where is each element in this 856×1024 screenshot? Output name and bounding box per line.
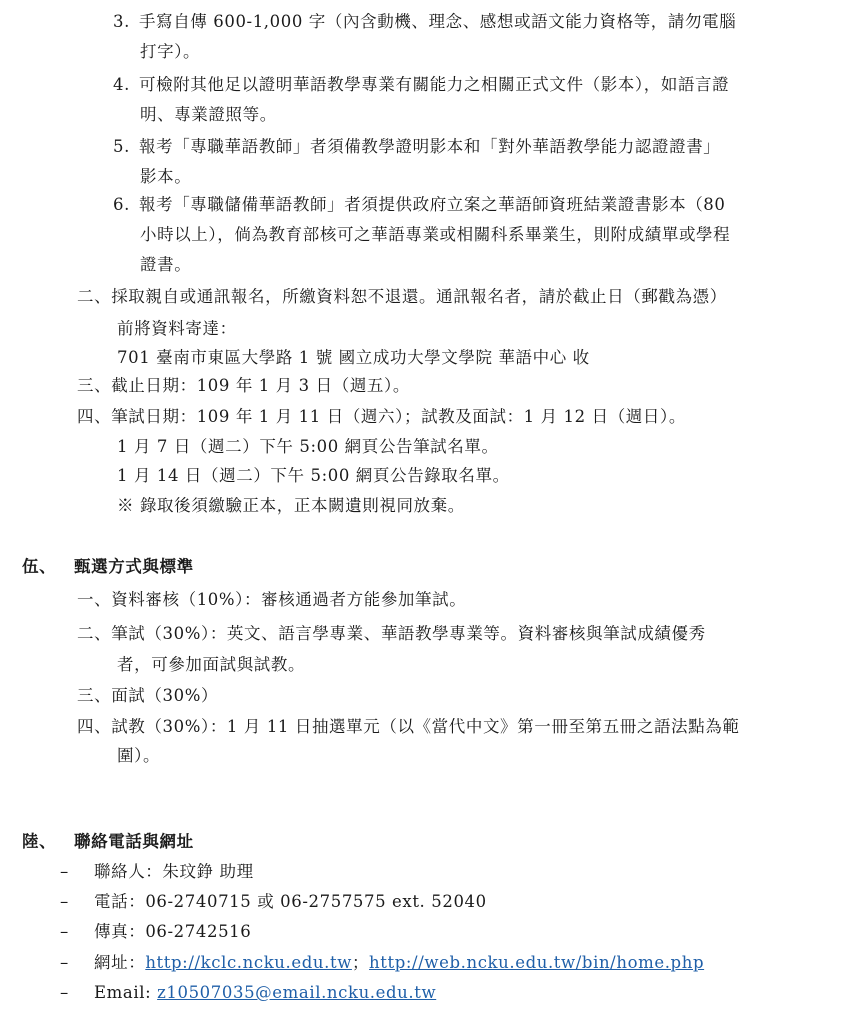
dash-bullet: – <box>60 983 94 1003</box>
item-5-line-1: 5.報考「專職華語教師」者須備教學證明影本和「對外華語教學能力認證證書」 <box>113 137 720 157</box>
contact-fax: –傳真：06-2742516 <box>60 922 251 942</box>
item-4-line-1: 4.可檢附其他足以證明華語教學專業有關能力之相關正式文件（影本），如語言證 <box>113 75 729 95</box>
email-link[interactable]: z10507035@email.ncku.edu.tw <box>157 983 436 1002</box>
written-exam-announcement: 1 月 7 日（週二）下午 5:00 網頁公告筆試名單。 <box>117 437 499 457</box>
item-number: 4. <box>113 75 139 95</box>
website-link-ncku[interactable]: http://web.ncku.edu.tw/bin/home.php <box>369 953 704 972</box>
dash-bullet: – <box>60 953 94 973</box>
admission-announcement: 1 月 14 日（週二）下午 5:00 網頁公告錄取名單。 <box>117 466 510 486</box>
dash-bullet: – <box>60 892 94 912</box>
reg-item-2-line-1: 二、採取親自或通訊報名，所繳資料恕不退還。通訊報名者，請於截止日（郵戳為憑） <box>77 287 727 307</box>
contact-email: –Email: z10507035@email.ncku.edu.tw <box>60 983 436 1003</box>
item-number: 6. <box>113 195 139 215</box>
mailing-address: 701 臺南市東區大學路 1 號 國立成功大學文學院 華語中心 收 <box>117 348 590 368</box>
contact-person: –聯絡人：朱玟錚 助理 <box>60 862 254 882</box>
exam-date: 四、筆試日期：109 年 1 月 11 日（週六）；試教及面試：1 月 12 日… <box>77 407 686 427</box>
criteria-item-1: 一、資料審核（10%）：審核通過者方能參加筆試。 <box>77 590 466 610</box>
reg-item-2-line-2: 前將資料寄達： <box>117 319 237 339</box>
dash-bullet: – <box>60 862 94 882</box>
dash-bullet: – <box>60 922 94 942</box>
item-number: 5. <box>113 137 139 157</box>
contact-website: –網址：http://kclc.ncku.edu.tw；http://web.n… <box>60 953 704 973</box>
criteria-item-4-line-2: 圍）。 <box>117 746 160 766</box>
deadline: 三、截止日期：109 年 1 月 3 日（週五）。 <box>77 376 410 396</box>
section-5-heading: 伍、甄選方式與標準 <box>22 557 194 577</box>
website-link-kclc[interactable]: http://kclc.ncku.edu.tw <box>145 953 352 972</box>
item-4-line-2: 明、專業證照等。 <box>140 105 277 125</box>
criteria-item-2-line-2: 者，可參加面試與試教。 <box>117 655 305 675</box>
criteria-item-4-line-1: 四、試教（30%）：1 月 11 日抽選單元（以《當代中文》第一冊至第五冊之語法… <box>77 717 739 737</box>
criteria-item-2-line-1: 二、筆試（30%）：英文、語言學專業、華語教學專業等。資料審核與筆試成績優秀 <box>77 624 706 644</box>
section-6-heading: 陸、聯絡電話與網址 <box>22 832 194 852</box>
item-6-line-2: 小時以上），倘為教育部核可之華語專業或相關科系畢業生，則附成績單或學程 <box>140 225 730 245</box>
admission-note: ※ 錄取後須繳驗正本，正本闕遺則視同放棄。 <box>117 496 465 516</box>
item-6-line-1: 6.報考「專職儲備華語教師」者須提供政府立案之華語師資班結業證書影本（80 <box>113 195 726 215</box>
item-3-line-2: 打字）。 <box>140 42 200 62</box>
item-5-line-2: 影本。 <box>140 167 191 187</box>
item-6-line-3: 證書。 <box>140 255 191 275</box>
item-number: 3. <box>113 12 139 32</box>
criteria-item-3: 三、面試（30%） <box>77 686 218 706</box>
item-3-line-1: 3.手寫自傳 600-1,000 字（內含動機、理念、感想或語文能力資格等，請勿… <box>113 12 736 32</box>
contact-phone: –電話：06-2740715 或 06-2757575 ext. 52040 <box>60 892 487 912</box>
